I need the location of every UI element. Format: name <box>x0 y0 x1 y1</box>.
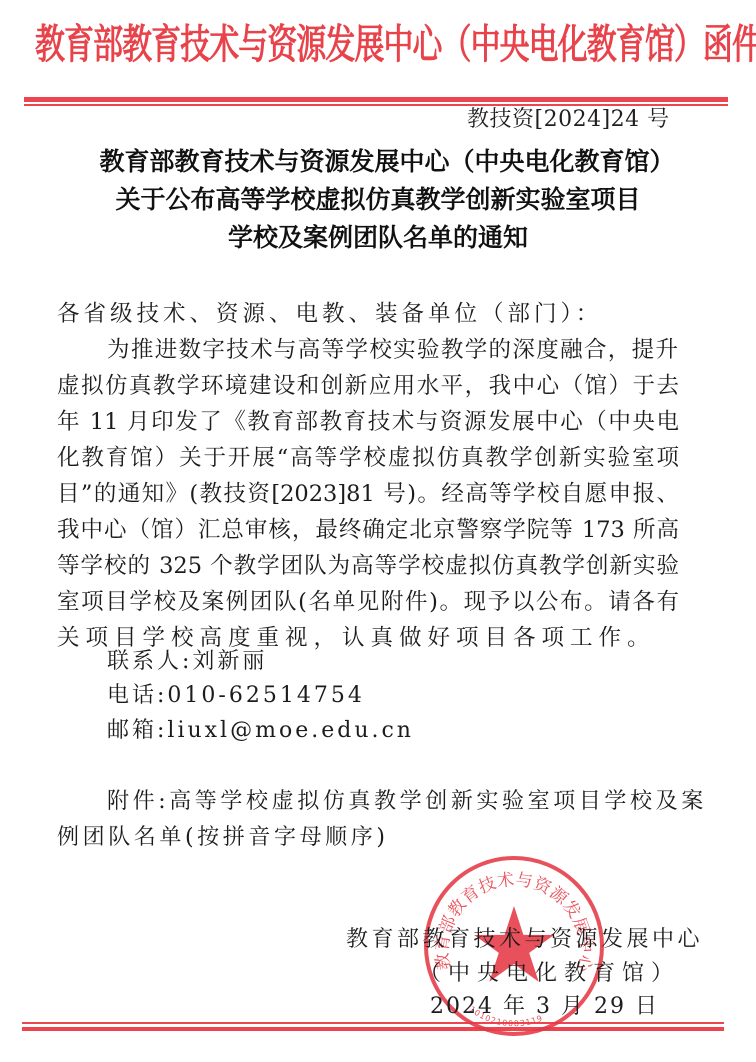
body-line: 年 11 月印发了《教育部教育技术与资源发展中心（中央电 <box>57 404 679 440</box>
notice-title-line-1: 教育部教育技术与资源发展中心（中央电化教育馆） <box>0 143 756 181</box>
body-line: 化教育馆）关于开展“高等学校虚拟仿真教学创新实验室项 <box>57 440 679 476</box>
signature-org: 教育部教育技术与资源发展中心 <box>346 923 703 957</box>
footer-rule-thick <box>22 1027 724 1031</box>
contact-email[interactable]: 邮箱:liuxl@moe.edu.cn <box>107 714 414 748</box>
contact-person: 联系人:刘新丽 <box>107 645 267 679</box>
body-line: 目”的通知》(教技资[2023]81 号)。经高等学校自愿申报、 <box>57 476 679 512</box>
letterhead-title: 教育部教育技术与资源发展中心（中央电化教育馆）函件 <box>35 18 717 72</box>
signature-date: 2024 年 3 月 29 日 <box>430 990 659 1024</box>
body-line: 等学校的 325 个教学团队为高等学校虚拟仿真教学创新实验 <box>57 548 679 584</box>
notice-title-line-2: 关于公布高等学校虚拟仿真教学创新实验室项目 <box>0 181 756 219</box>
header-rule-thick <box>24 97 728 102</box>
attachment-line-2: 例团队名单(按拼音字母顺序) <box>57 821 389 855</box>
signature-org-sub: （中央电化教育馆） <box>419 957 680 991</box>
body-line: 室项目学校及案例团队(名单见附件)。现予以公布。请各有 <box>57 584 679 620</box>
notice-title-line-3: 学校及案例团队名单的通知 <box>0 219 756 257</box>
notice-title: 教育部教育技术与资源发展中心（中央电化教育馆） 关于公布高等学校虚拟仿真教学创新… <box>0 143 756 257</box>
body-line: 为推进数字技术与高等学校实验教学的深度融合，提升 <box>107 332 678 368</box>
document-number: 教技资[2024]24 号 <box>467 106 670 134</box>
body-line: 虚拟仿真教学环境建设和创新应用水平，我中心（馆）于去 <box>57 368 679 404</box>
attachment-line-1: 附件:高等学校虚拟仿真教学创新实验室项目学校及案 <box>107 785 707 819</box>
body-line: 我中心（馆）汇总审核，最终确定北京警察学院等 173 所高 <box>57 512 679 548</box>
contact-phone: 电话:010-62514754 <box>107 679 365 713</box>
salutation: 各省级技术、资源、电教、装备单位（部门）： <box>57 296 679 332</box>
